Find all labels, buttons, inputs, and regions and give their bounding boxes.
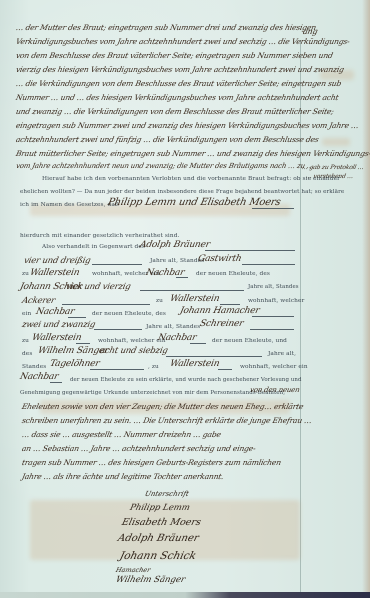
fill-in-blank: [242, 264, 295, 265]
printed-label: der neuen Eheleute zu sein erklärte, und…: [70, 377, 302, 383]
witness2-relation: Nachbar: [35, 307, 75, 317]
printed-declaration-line: ehelichen wollten? — Da nun jeder der be…: [20, 189, 344, 195]
witness2-age: vier und vierzig: [65, 282, 132, 292]
fill-in-blank: [68, 317, 86, 318]
couple-names: Philipp Lemm und Elisabeth Moers: [107, 197, 282, 208]
witness1-age: vier und dreißig: [23, 256, 91, 266]
fill-in-blank: [220, 304, 240, 305]
witness3-occupation: Schreiner: [199, 319, 244, 329]
signature: Philipp Lemm: [129, 503, 191, 513]
handwritten-line: tragen sub Nummer … des hiesigen Geburts…: [21, 458, 282, 467]
handwritten-line: … dass sie … ausgestellt … Nummer dreize…: [21, 430, 222, 439]
witness4-occupation: Tagelöhner: [49, 359, 100, 369]
page-edge-shadow: [362, 0, 370, 592]
printed-label: zu: [22, 271, 29, 277]
fill-in-blank: [76, 343, 90, 344]
handwritten-line: vierzig des hiesigen Verkündigungsbuches…: [15, 65, 345, 74]
printed-label: Standes: [22, 364, 46, 370]
margin-note: ang: [302, 27, 318, 36]
witness3-age: zwei und zwanzig: [21, 320, 96, 330]
margin-note: … gab zu Protokoll …: [301, 164, 364, 171]
handwritten-line: von dem Beschlusse des Braut väterlicher…: [15, 51, 334, 60]
handwritten-line: eingetragen sub Nummer zwei und zwanzig …: [15, 121, 359, 130]
printed-declaration-line: Hierauf habe ich den vorbenannten Verlob…: [42, 176, 340, 182]
witness1-name: Adolph Bräuner: [139, 240, 211, 250]
printed-label: des: [22, 351, 32, 357]
fill-in-blank: [252, 208, 294, 209]
witness3-relation: Nachbar: [157, 333, 197, 343]
handwritten-line: vom Jahre achtzehnhundert neun und zwanz…: [15, 162, 314, 170]
fill-in-blank: [92, 264, 142, 265]
printed-label: Jahre alt, Standes: [248, 284, 299, 290]
fill-in-blank: [90, 369, 144, 370]
witness4-relation: Nachbar: [19, 372, 59, 382]
printed-label: zu: [22, 338, 29, 344]
witness2-place: Wallerstein: [169, 294, 220, 304]
witness1-occupation: Gastwirth: [197, 254, 242, 264]
printed-label: ein: [22, 311, 31, 317]
printed-label: der neuen Eheleute, und: [212, 338, 287, 344]
printed-married-statement: hierdurch mit einander gesetzlich verhei…: [20, 233, 179, 239]
scan-bottom-edge: [0, 592, 370, 598]
handwritten-line: von den neuen: [249, 386, 300, 394]
witness1-place: Wallerstein: [29, 268, 80, 278]
fill-in-blank: [140, 290, 244, 291]
handwritten-line: Verkündigungsbuches vom Jahre achtzehnhu…: [15, 37, 350, 46]
fill-in-blank: [166, 356, 262, 357]
printed-label: wohnhaft, welcher: [248, 298, 304, 304]
signature-heading: Unterschrift: [144, 490, 190, 498]
fill-in-blank: [62, 304, 150, 305]
signature: Johann Schick: [119, 550, 198, 562]
handwritten-line: … die Verkündigungen von dem Beschlusse …: [15, 79, 342, 88]
fill-in-blank: [250, 329, 294, 330]
printed-label: wohnhaft, welcher ein: [98, 338, 166, 344]
printed-label: wohnhaft, welcher ein: [240, 364, 308, 370]
handwritten-line: und zwanzig … die Verkündigungen von dem…: [15, 107, 335, 116]
bleed-through: [322, 138, 350, 146]
printed-label: der neuen Eheleute, des: [92, 311, 166, 317]
fill-in-blank: [205, 250, 295, 251]
witness3-place: Wallerstein: [31, 333, 82, 343]
signature: Hamacher: [115, 566, 151, 574]
handwritten-line: schreiben unerfahren zu sein. … Die Unte…: [21, 416, 313, 425]
printed-label: Jahre alt,: [268, 351, 296, 357]
handwritten-line: … der Mutter des Braut; eingetragen sub …: [15, 23, 317, 32]
handwritten-line: Eheleuten sowie von den vier Zeugen; die…: [21, 402, 304, 411]
witness4-place: Wallerstein: [169, 359, 220, 369]
printed-label: Also verhandelt in Gegenwart des: [42, 244, 145, 250]
signature: Adolph Bräuner: [117, 533, 200, 544]
printed-declaration-line: ich im Namen des Gesetzes, daß: [20, 202, 119, 208]
fill-in-blank: [252, 316, 294, 317]
witness3-name: Johann Hamacher: [179, 306, 260, 316]
fill-in-blank: [190, 343, 206, 344]
witness4-age: acht und siebzig: [99, 346, 169, 356]
handwritten-line: an … Sebastian … Jahre … achtzehnhundert…: [21, 444, 256, 453]
printed-closing: Genehmigung gegenwärtige Urkunde unterze…: [20, 390, 285, 396]
handwritten-line: Nummer … und … des hiesigen Verkündigung…: [15, 93, 339, 102]
signature: Wilhelm Sänger: [115, 575, 186, 585]
fill-in-blank: [94, 329, 142, 330]
signature: Elisabeth Moers: [121, 517, 202, 528]
printed-label: der neuen Eheleute, des: [196, 271, 270, 277]
fill-in-blank: [218, 369, 232, 370]
printed-label: , zu: [148, 364, 159, 370]
fill-in-blank: [50, 382, 62, 383]
handwritten-line: achtzehnhundert zwei und fünfzig … die V…: [15, 135, 319, 144]
handwritten-line: Jahre … als ihre ächte und legitime Toch…: [21, 472, 224, 481]
witness2-occupation: Ackerer: [21, 296, 56, 306]
printed-label: Jahre alt, Standes: [146, 324, 200, 330]
handwritten-line: Braut mütterlicher Seite; eingetragen su…: [15, 149, 370, 158]
fill-in-blank: [176, 277, 188, 278]
printed-label: zu: [156, 298, 163, 304]
